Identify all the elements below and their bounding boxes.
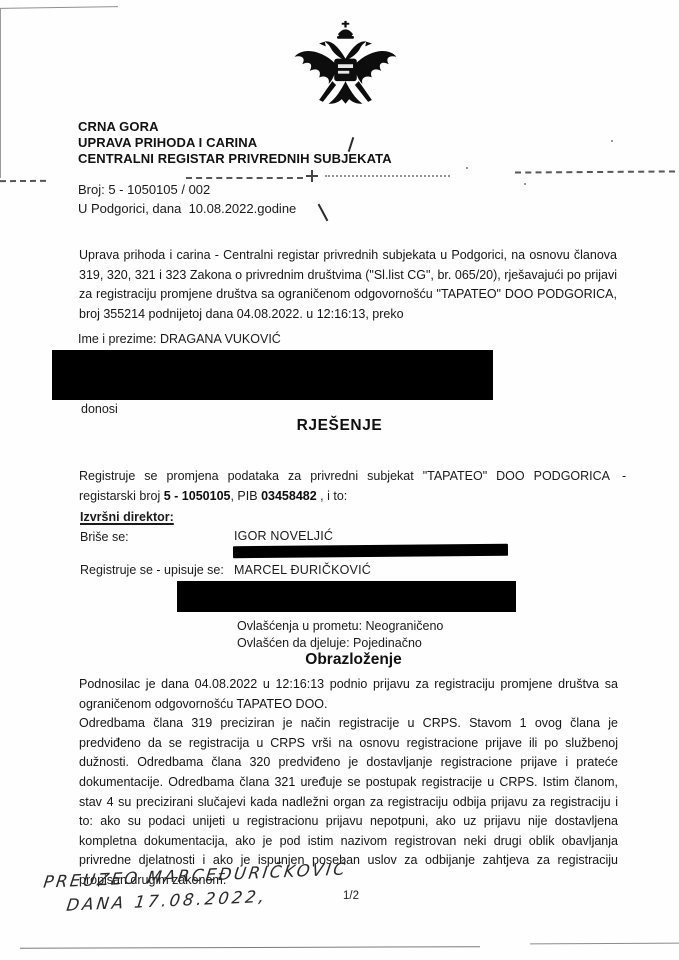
org-country: CRNA GORA (78, 119, 392, 135)
reg-line2-suffix: , i to: (317, 489, 348, 503)
coat-of-arms-montenegro-icon (289, 20, 402, 116)
intro-paragraph: Uprava prihoda i carina - Centralni regi… (79, 246, 617, 324)
registry-number: 5 - 1050105 (164, 489, 231, 503)
submitter-name-line: Ime i prezime: DRAGANA VUKOVIĆ (78, 332, 281, 346)
scan-dash-artifact (0, 180, 46, 182)
registration-line1-dash: - (622, 469, 626, 483)
delete-row-value: IGOR NOVELJIĆ (234, 529, 333, 543)
authority-line-1: Ovlašćenja u prometu: Neograničeno (237, 619, 443, 633)
bottom-scan-line (530, 943, 679, 945)
explanation-title: Obrazloženje (14, 651, 679, 669)
bottom-scan-line (20, 946, 480, 949)
scanned-document-page: CRNA GORA UPRAVA PRIHODA I CARINA CENTRA… (0, 0, 679, 960)
donosi-text: donosi (81, 402, 118, 416)
pib-number: 03458482 (261, 489, 317, 503)
pen-mark-backslash (318, 204, 329, 222)
scan-dash-artifact (515, 170, 675, 173)
register-row-value: MARCEL ĐURIČKOVIĆ (234, 563, 371, 577)
register-row-label: Registruje se - upisuje se: (80, 563, 224, 577)
explanation-body: Podnosilac je dana 04.08.2022 u 12:16:13… (79, 675, 618, 891)
registration-line1: Registruje se promjena podataka za privr… (79, 469, 610, 483)
decision-title: RJEŠENJE (0, 417, 679, 435)
document-number-line: Broj: 5 - 1050105 / 002 (78, 182, 210, 197)
registration-line2: registarski broj 5 - 1050105, PIB 034584… (79, 489, 347, 503)
place-date-line: U Podgorici, dana 10.08.2022.godine (78, 201, 296, 216)
scan-cross-mark (306, 175, 318, 177)
scan-dash-artifact (186, 177, 303, 179)
authority-line-2: Ovlašćen da djeluje: Pojedinačno (237, 636, 422, 650)
reg-number-prefix: registarski broj (79, 489, 164, 503)
org-registry: CENTRALNI REGISTAR PRIVREDNIH SUBJEKATA (78, 151, 392, 167)
delete-row-label: Briše se: (80, 530, 129, 544)
redaction-block-medium (177, 581, 516, 612)
scan-edge-line-vertical (0, 8, 1, 178)
section-heading-izvrsni-direktor: Izvršni direktor: (80, 510, 174, 524)
scan-edge-line-horizontal (0, 6, 118, 9)
scan-speck (466, 167, 468, 169)
scan-dash-artifact (325, 175, 450, 177)
letterhead: CRNA GORA UPRAVA PRIHODA I CARINA CENTRA… (78, 119, 392, 167)
redaction-block-large (52, 350, 493, 400)
redaction-bar (233, 544, 508, 558)
org-agency: UPRAVA PRIHODA I CARINA (78, 135, 392, 151)
pib-prefix: , PIB (230, 489, 261, 503)
scan-speck (611, 140, 613, 142)
scan-speck (524, 183, 526, 185)
explanation-paragraph: Podnosilac je dana 04.08.2022 u 12:16:13… (79, 675, 618, 714)
explanation-paragraph: Odredbama člana 319 preciziran je način … (79, 714, 618, 890)
page-number: 1/2 (343, 890, 359, 902)
